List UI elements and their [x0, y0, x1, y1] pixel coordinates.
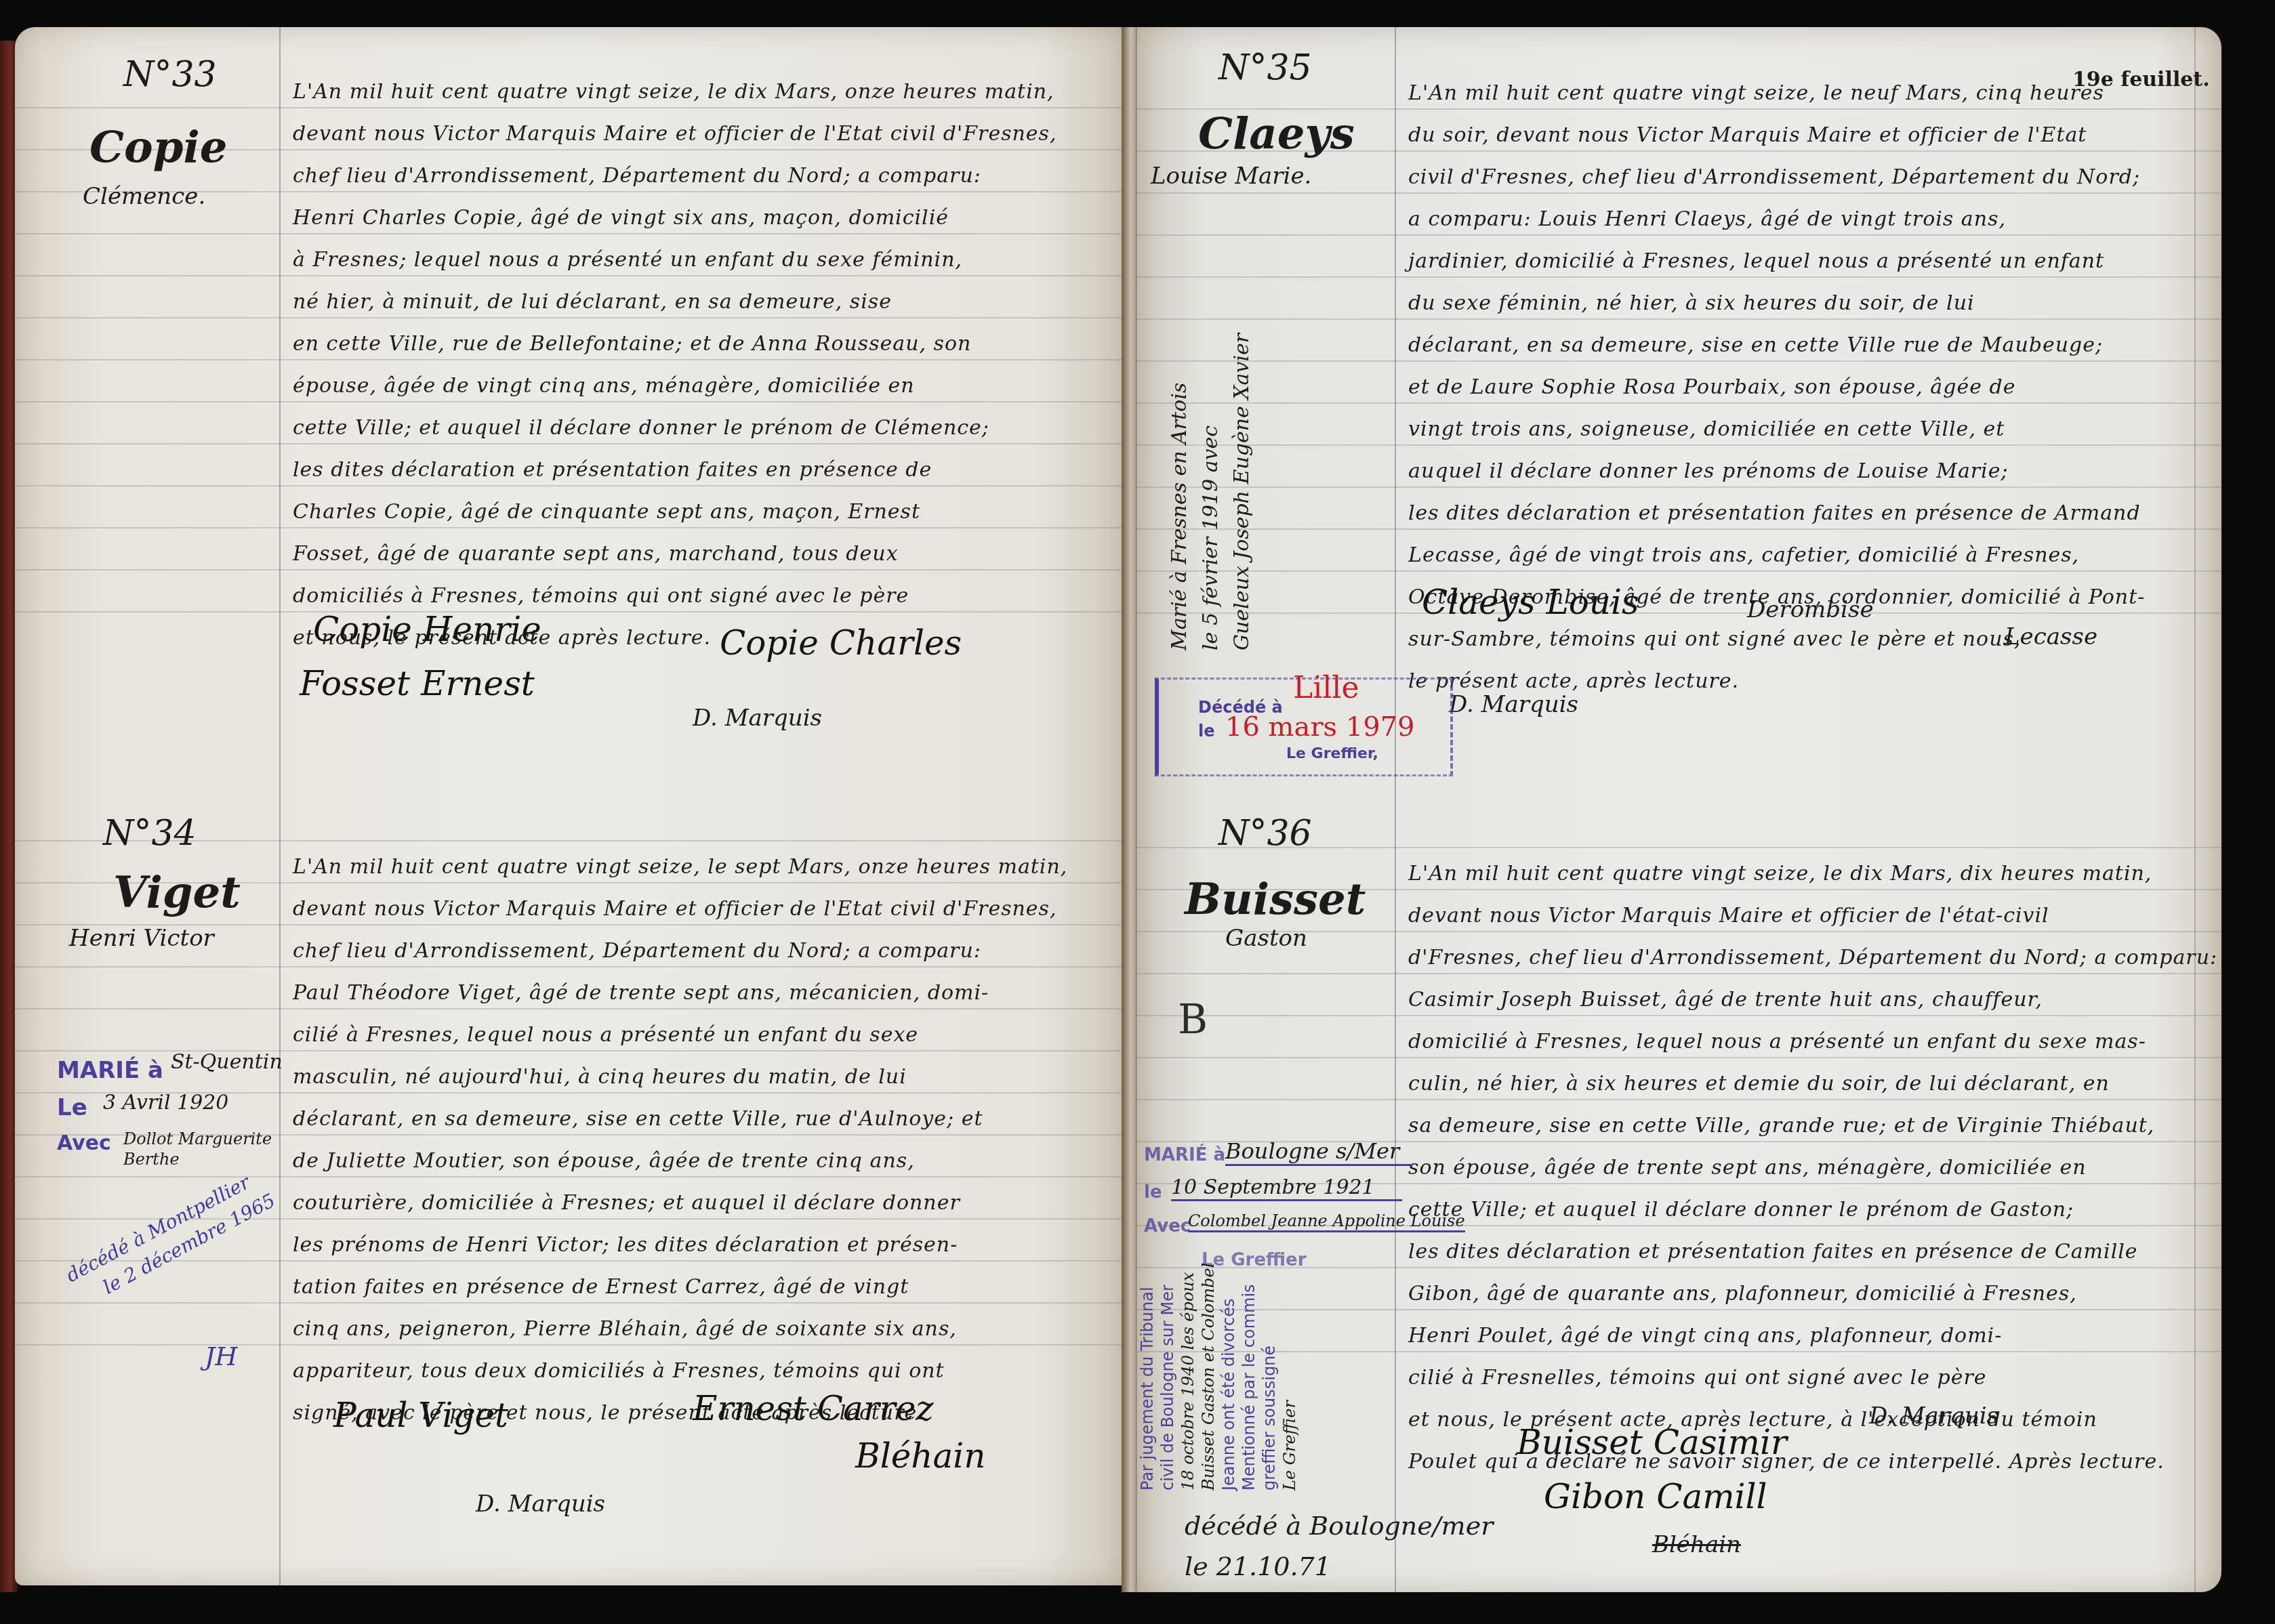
death-date: 16 mars 1979: [1225, 711, 1415, 743]
stamp-label: Le Greffier,: [1286, 745, 1378, 762]
body-line: et de Laure Sophie Rosa Pourbaix, son ép…: [1408, 375, 2015, 399]
body-line: Henri Charles Copie, âgé de vingt six an…: [293, 206, 949, 230]
outer-margin-rule: [2194, 27, 2196, 1592]
body-line: cilié à Fresnelles, témoins qui ont sign…: [1408, 1366, 1987, 1390]
body-line: cette Ville; et auquel il déclare donner…: [293, 416, 989, 440]
body-line: cette Ville; et auquel il déclare donner…: [1408, 1198, 2074, 1222]
entry-surname: Copie: [89, 122, 227, 173]
body-line: tation faites en présence de Ernest Carr…: [293, 1275, 909, 1299]
entry-surname: Viget: [113, 867, 241, 918]
body-line: Fosset, âgé de quarante sept ans, marcha…: [293, 542, 899, 566]
body-line: devant nous Victor Marquis Maire et offi…: [293, 897, 1057, 921]
body-line: le présent acte, après lecture.: [1408, 669, 1739, 693]
entry-number: N°36: [1218, 813, 1312, 854]
mayor-signature: D. Marquis: [476, 1491, 605, 1518]
stamp-label: Avec: [1144, 1216, 1191, 1236]
body-line: les dites déclaration et présentation fa…: [293, 458, 932, 482]
signature: Ernest Carrez: [693, 1389, 934, 1428]
marriage-place: Boulogne s/Mer: [1225, 1138, 1413, 1166]
signature: Bléhain: [855, 1436, 986, 1476]
body-line: devant nous Victor Marquis Maire et offi…: [293, 122, 1057, 146]
body-line: L'An mil huit cent quatre vingt seize, l…: [293, 855, 1067, 879]
body-line: en cette Ville, rue de Bellefontaine; et…: [293, 332, 971, 356]
entry-surname: Claeys: [1198, 108, 1355, 159]
note-line: le 5 février 1919 avec: [1195, 333, 1227, 650]
stamp-label: Le: [57, 1094, 87, 1121]
body-line: du sexe féminin, né hier, à six heures d…: [1408, 291, 1975, 315]
divorce-line: Par jugement du Tribunal: [1137, 1263, 1157, 1491]
body-line: Henri Poulet, âgé de vingt cinq ans, pla…: [1408, 1324, 2002, 1348]
mayor-signature: D. Marquis: [1869, 1402, 1999, 1430]
body-line: Gibon, âgé de quarante ans, plafonneur, …: [1408, 1282, 2077, 1306]
body-line: chef lieu d'Arrondissement, Département …: [293, 164, 981, 188]
body-line: sa demeure, sise en cette Ville, grande …: [1408, 1114, 2154, 1138]
body-line: domiciliés à Fresnes, témoins qui ont si…: [293, 584, 909, 608]
body-line: culin, né hier, à six heures et demie du…: [1408, 1072, 2110, 1096]
stamp-label: le: [1144, 1182, 1162, 1203]
signature: Gibon Camill: [1544, 1477, 1767, 1516]
body-line: vingt trois ans, soigneuse, domiciliée e…: [1408, 417, 2005, 441]
note-line: Gueleux Joseph Eugène Xavier: [1227, 333, 1258, 650]
marriage-spouse: Dollot Marguerite Berthe: [123, 1129, 272, 1169]
clerk-initials: JH: [205, 1341, 237, 1371]
body-line: a comparu: Louis Henri Claeys, âgé de vi…: [1408, 207, 2006, 231]
entry-given-names: Gaston: [1225, 925, 1307, 952]
signature: Claeys Louis: [1422, 583, 1639, 622]
signature: Lecasse: [2005, 623, 2097, 650]
body-line: appariteur, tous deux domiciliés à Fresn…: [293, 1359, 945, 1383]
body-line: son épouse, âgée de trente sept ans, mén…: [1408, 1156, 2087, 1180]
divorce-stamp-vertical: Par jugement du Tribunal civil de Boulog…: [1137, 1263, 1300, 1491]
entry-number: N°34: [103, 813, 197, 854]
body-line: les dites déclaration et présentation fa…: [1408, 1240, 2138, 1264]
body-line: couturière, domiciliée à Fresnes; et auq…: [293, 1191, 960, 1215]
divorce-line: Mentionné par le commis: [1239, 1263, 1259, 1491]
body-line: les dites déclaration et présentation fa…: [1408, 501, 2141, 525]
body-line: civil d'Fresnes, chef lieu d'Arrondissem…: [1408, 165, 2140, 189]
body-line: masculin, né aujourd'hui, à cinq heures …: [293, 1065, 907, 1089]
death-place: décédé à Boulogne/mer: [1185, 1511, 1493, 1541]
marriage-spouse: Colombel Jeanne Appoline Louise: [1188, 1211, 1465, 1232]
body-line: épouse, âgée de vingt cinq ans, ménagère…: [293, 374, 915, 398]
entry-surname: Buisset: [1185, 874, 1366, 925]
entry-number: N°33: [123, 54, 217, 95]
stamp-label: MARIÉ à: [1144, 1145, 1225, 1165]
death-note: décédé à Montpellier le 2 décembre 1965: [62, 1165, 279, 1312]
body-line: L'An mil huit cent quatre vingt seize, l…: [293, 80, 1054, 104]
body-line: d'Fresnes, chef lieu d'Arrondissement, D…: [1408, 946, 2217, 970]
marriage-date: 10 Septembre 1921: [1171, 1175, 1402, 1201]
margin-letter: B: [1178, 996, 1208, 1043]
note-line: Marié à Fresnes en Artois: [1164, 333, 1195, 650]
body-line: L'An mil huit cent quatre vingt seize, l…: [1408, 862, 2152, 886]
divorce-line: civil de Boulogne sur Mer: [1157, 1263, 1178, 1491]
signature: Derombise: [1747, 596, 1874, 623]
body-line: né hier, à minuit, de lui déclarant, en …: [293, 290, 892, 314]
body-line: chef lieu d'Arrondissement, Département …: [293, 939, 981, 963]
mayor-signature: D. Marquis: [693, 705, 822, 732]
body-line: cilié à Fresnes, lequel nous a présenté …: [293, 1023, 918, 1047]
body-line: de Juliette Moutier, son épouse, âgée de…: [293, 1149, 915, 1173]
body-line: déclarant, en sa demeure, sise en cette …: [1408, 333, 2103, 357]
body-line: sur-Sambre, témoins qui ont signé avec l…: [1408, 627, 2021, 651]
body-line: du soir, devant nous Victor Marquis Mair…: [1408, 123, 2087, 147]
entry-given-names: Henri Victor: [69, 925, 214, 952]
body-line: déclarant, en sa demeure, sise en cette …: [293, 1107, 983, 1131]
body-line: les prénoms de Henri Victor; les dites d…: [293, 1233, 958, 1257]
signature: Paul Viget: [333, 1396, 508, 1435]
body-line: Paul Théodore Viget, âgé de trente sept …: [293, 981, 989, 1005]
margin-rule: [1395, 27, 1396, 1592]
divorce-line: greffier soussigné: [1259, 1263, 1279, 1491]
divorce-line: Le Greffier: [1279, 1263, 1300, 1491]
divorce-line: 18 octobre 1940 les époux: [1178, 1263, 1198, 1491]
signature: Copie Henrie: [313, 610, 541, 649]
marriage-place: St-Quentin: [171, 1050, 283, 1074]
body-line: L'An mil huit cent quatre vingt seize, l…: [1408, 81, 2104, 105]
body-line: jardinier, domicilié à Fresnes, lequel n…: [1408, 249, 2104, 273]
body-line: auquel il déclare donner les prénoms de …: [1408, 459, 2009, 483]
body-line: domicilié à Fresnes, lequel nous a prése…: [1408, 1030, 2146, 1054]
entry-given-names: Louise Marie.: [1151, 163, 1311, 190]
signature: Bléhain: [1652, 1531, 1741, 1558]
margin-rule: [279, 27, 281, 1585]
stamp-label: le: [1198, 722, 1215, 741]
right-page: 19e feuillet. N°35 Claeys Louise Marie. …: [1137, 27, 2221, 1592]
stamp-label: Avec: [57, 1131, 111, 1155]
body-line: cinq ans, peigneron, Pierre Bléhain, âgé…: [293, 1317, 957, 1341]
body-line: Charles Copie, âgé de cinquante sept ans…: [293, 500, 920, 524]
body-line: Casimir Joseph Buisset, âgé de trente hu…: [1408, 988, 2043, 1012]
stamp-label: MARIÉ à: [57, 1057, 163, 1084]
death-place: Lille: [1293, 671, 1359, 705]
signature: Copie Charles: [720, 623, 962, 663]
divorce-line: Buisset Gaston et Colombel: [1198, 1263, 1218, 1491]
marriage-note-vertical: Marié à Fresnes en Artois le 5 février 1…: [1164, 333, 1258, 650]
marriage-date: 3 Avril 1920: [103, 1091, 228, 1115]
signature: Fosset Ernest: [300, 664, 535, 703]
left-page: N°33 Copie Clémence. L'An mil huit cent …: [15, 27, 1126, 1585]
death-date: le 21.10.71: [1185, 1552, 1331, 1581]
signature: Buisset Casimir: [1517, 1423, 1787, 1462]
divorce-line: Jeanne ont été divorcés: [1218, 1263, 1239, 1491]
mayor-signature: D. Marquis: [1449, 691, 1578, 718]
body-line: à Fresnes; lequel nous a présenté un enf…: [293, 248, 962, 272]
body-line: devant nous Victor Marquis Maire et offi…: [1408, 904, 2049, 928]
body-line: Lecasse, âgé de vingt trois ans, cafetie…: [1408, 543, 2079, 567]
entry-number: N°35: [1218, 47, 1312, 88]
entry-given-names: Clémence.: [83, 183, 205, 210]
